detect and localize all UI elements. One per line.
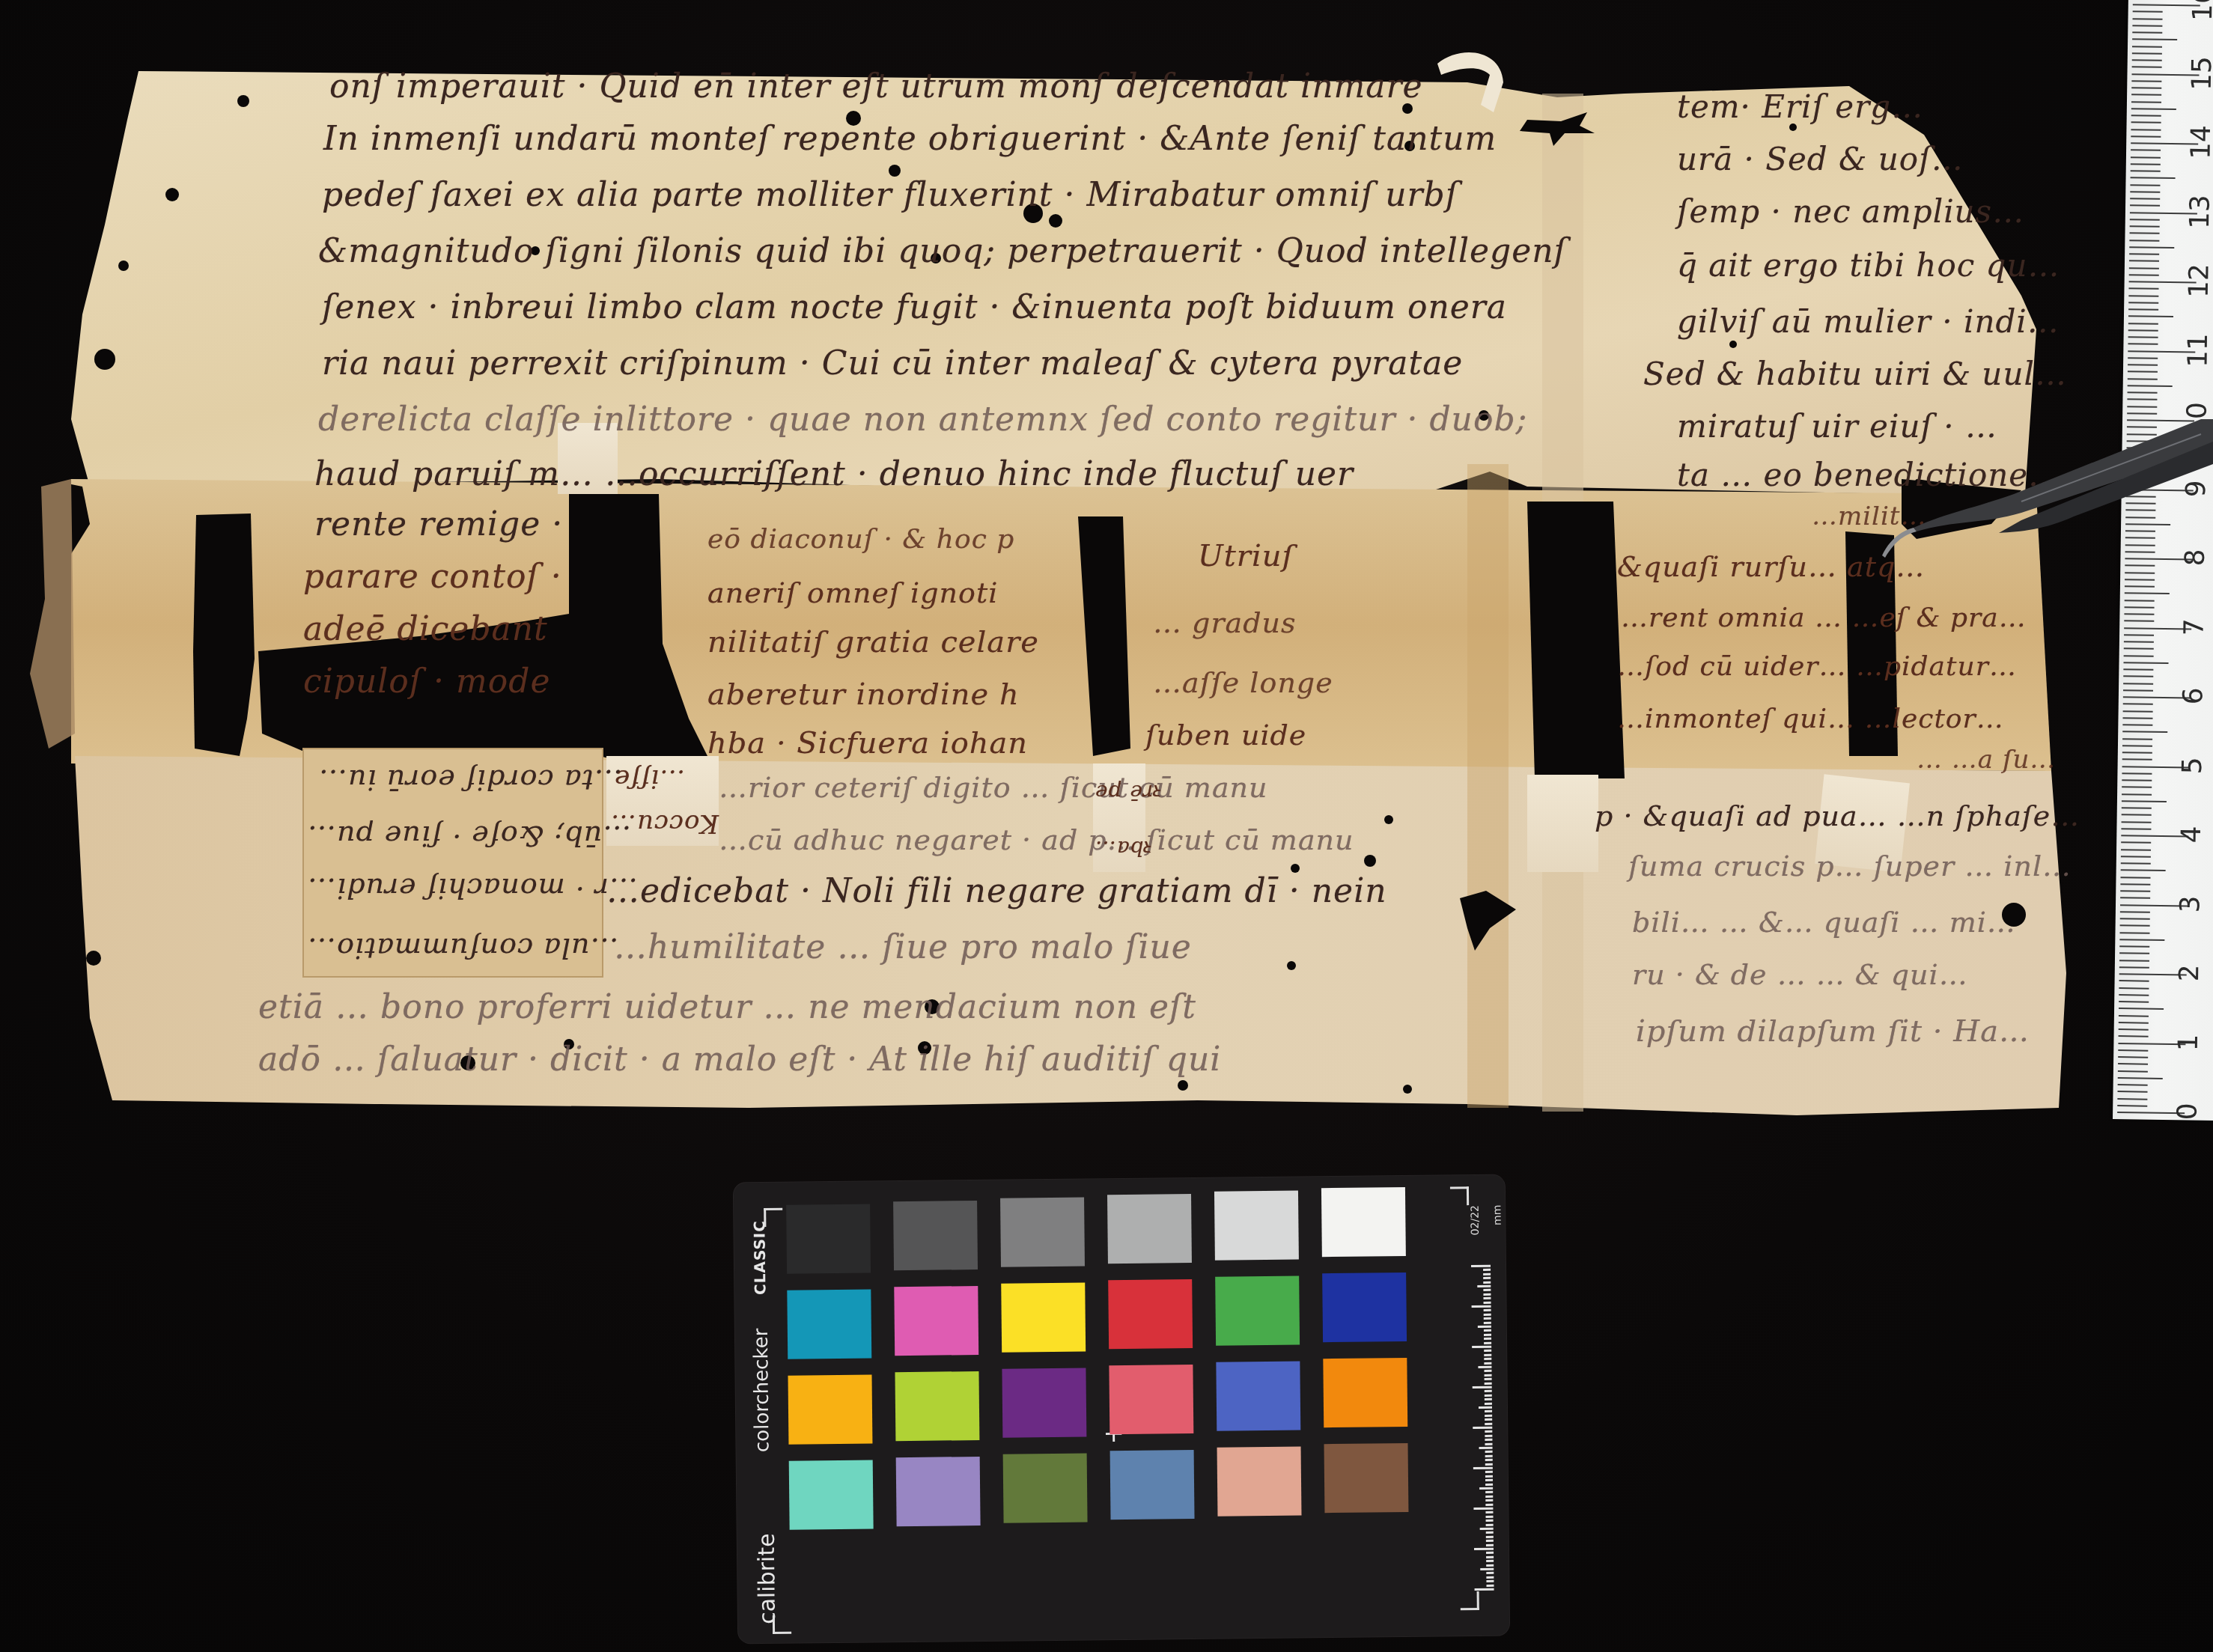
- mm-tick: [1485, 1402, 1492, 1404]
- ruler-tick: [2129, 260, 2159, 262]
- ms-line: …humilitate … ſiue pro malo ſiue: [614, 928, 1192, 966]
- ruler-tick: [2124, 620, 2154, 622]
- ruler-tick: [2130, 219, 2160, 221]
- color-patch: [1321, 1187, 1406, 1257]
- inverted-line: …r · monachiſ erudi…: [307, 872, 638, 905]
- ruler-tick: [2122, 800, 2167, 802]
- mm-tick: [1484, 1370, 1491, 1372]
- ruler-tick: [2125, 606, 2155, 609]
- ruler-tick: [2128, 302, 2158, 304]
- ruler-tick: [2125, 572, 2155, 574]
- mm-tick: [1479, 1406, 1492, 1409]
- ruler-tick: [2125, 585, 2155, 588]
- ruler-tick: [2130, 191, 2160, 193]
- slip-text: ꝛba…: [1095, 835, 1154, 863]
- product-name: colorchecker: [750, 1329, 774, 1453]
- ms-line: …cū adhuc negaret · ad p… ſicut cū manu: [719, 823, 1354, 856]
- color-patch: [1324, 1443, 1409, 1513]
- mm-tick: [1485, 1503, 1493, 1505]
- ruler-tick: [2122, 821, 2152, 823]
- ruler-tick: [2128, 315, 2173, 317]
- ruler-tick: [2120, 883, 2150, 886]
- ruler-tick: [2124, 655, 2154, 657]
- mm-tick: [1484, 1358, 1491, 1360]
- color-patch: [789, 1460, 874, 1529]
- color-patch: [1322, 1272, 1407, 1342]
- ruler-tick: [2119, 952, 2149, 954]
- tweezers-icon: [1872, 419, 2213, 569]
- ruler-tick: [2122, 786, 2152, 788]
- ruler-tick: [2121, 862, 2151, 865]
- inverted-line: …ūb; &oſe · ſiue pu…: [307, 820, 631, 853]
- mm-tick: [1486, 1556, 1494, 1558]
- color-patch: [1323, 1358, 1407, 1427]
- ms-line: Sed & habitu uiri & uul…: [1643, 356, 2067, 392]
- mm-tick: [1483, 1269, 1491, 1271]
- mm-tick: [1479, 1487, 1493, 1490]
- mm-tick: [1484, 1350, 1491, 1352]
- ruler-tick: [2124, 662, 2169, 664]
- ms-line: q̄ ait ergo tibi hoc qu…: [1677, 247, 2060, 284]
- color-patch: [895, 1371, 979, 1441]
- ruler-tick: [2128, 385, 2173, 387]
- mm-tick: [1475, 1588, 1494, 1591]
- mm-tick: [1485, 1435, 1492, 1437]
- mm-tick: [1486, 1572, 1494, 1574]
- ruler-tick: [2120, 897, 2150, 899]
- ruler-tick: [2119, 987, 2149, 990]
- color-patch: [1215, 1276, 1300, 1346]
- mm-tick: [1471, 1265, 1491, 1267]
- mm-tick: [1485, 1398, 1492, 1400]
- mm-tick: [1485, 1442, 1492, 1445]
- mm-tick: [1483, 1281, 1491, 1283]
- ruler-tick: [2121, 849, 2151, 851]
- ms-fragment: aberetur inordine h: [707, 677, 1020, 712]
- ruler-tick: [2118, 1091, 2148, 1093]
- ruler-tick: [2118, 1084, 2148, 1086]
- ms-line: ipſum dilapſum ſit · Ha…: [1636, 1014, 2030, 1049]
- mm-tick: [1486, 1536, 1494, 1538]
- ruler-tick: [2119, 994, 2149, 996]
- mm-tick: [1480, 1528, 1494, 1530]
- mm-tick: [1485, 1374, 1492, 1377]
- ruler-tick: [2129, 240, 2159, 242]
- ms-fragment: … gradus: [1153, 606, 1297, 639]
- ruler-label: 4: [2176, 812, 2207, 858]
- ms-line: tem· Eriſ erg…: [1677, 88, 1923, 125]
- ruler-tick: [2121, 877, 2151, 879]
- mm-tick: [1486, 1543, 1494, 1546]
- slip-text: ꝛrē pe: [1095, 778, 1164, 807]
- ruler-tick: [2119, 1015, 2149, 1017]
- color-patch: [1107, 1194, 1192, 1264]
- slip-text: …iſſe: [614, 763, 685, 793]
- color-patch: [1214, 1191, 1299, 1261]
- ruler-label: 3: [2175, 881, 2206, 927]
- ms-line: derelicta claſſe inlittore · quae non an…: [318, 400, 1527, 439]
- ms-line: ria naui perrexit criſpinum · Cui cū int…: [322, 344, 1463, 382]
- mm-tick: [1485, 1430, 1492, 1433]
- ruler-tick: [2131, 170, 2161, 172]
- ruler-label: 7: [2179, 604, 2210, 650]
- ms-fragment: aneriſ omneſ ignoti: [707, 576, 998, 609]
- ruler-tick: [2119, 1035, 2149, 1037]
- ms-line: ſemp · nec amplius…: [1677, 193, 2024, 230]
- ms-fragment: cipuloſ · mode: [303, 662, 550, 701]
- ruler-tick: [2128, 295, 2158, 297]
- slip-text: Koccu…: [610, 808, 719, 838]
- color-patch: [786, 1204, 871, 1274]
- ruler-tick: [2133, 11, 2163, 13]
- ruler-tick: [2121, 856, 2151, 858]
- ruler-tick: [2131, 149, 2161, 151]
- ruler-label: 14: [2185, 120, 2213, 165]
- ruler-tick: [2125, 579, 2155, 581]
- color-patch: [1109, 1365, 1193, 1434]
- color-patch: [1110, 1450, 1195, 1520]
- ruler-tick: [2121, 841, 2151, 844]
- mm-tick: [1484, 1354, 1491, 1356]
- ruler-tick: [2123, 710, 2153, 713]
- ms-line: &magnitudo ſigni ſilonis quid ibi quoq; …: [318, 232, 1567, 270]
- ruler-label: 11: [2182, 327, 2213, 373]
- mm-tick: [1485, 1475, 1493, 1478]
- ms-fragment: adeē dicebant: [303, 610, 548, 648]
- ms-line: urā · Sed & uoſ…: [1677, 141, 1964, 177]
- ruler-tick: [2128, 391, 2158, 394]
- ms-fragment: hba · Sicfuera iohan: [707, 726, 1028, 761]
- ruler-label: 15: [2187, 50, 2213, 96]
- color-patch: [787, 1289, 871, 1359]
- ruler-tick: [2128, 287, 2158, 290]
- ruler-tick: [2132, 25, 2162, 27]
- mm-tick: [1485, 1415, 1492, 1417]
- inverted-line: …ta cordiſ eorū iu…: [318, 763, 623, 796]
- mm-tick: [1485, 1418, 1492, 1421]
- slip-3: [1527, 775, 1598, 872]
- mm-tick: [1477, 1285, 1491, 1287]
- ms-line: ru · & de … … & qui…: [1632, 958, 1968, 991]
- mm-tick: [1485, 1496, 1493, 1498]
- mm-tick: [1480, 1568, 1494, 1570]
- ruler-tick: [2119, 960, 2149, 962]
- ruler-label: 16: [2188, 0, 2213, 26]
- mm-tick: [1484, 1362, 1491, 1364]
- ruler-tick: [2119, 939, 2164, 941]
- ruler-tick: [2130, 204, 2160, 207]
- ruler-tick: [2132, 31, 2162, 34]
- ms-fragment: ſuben uide: [1145, 719, 1306, 752]
- mm-tick: [1485, 1395, 1492, 1397]
- mm-tick: [1486, 1516, 1494, 1518]
- ruler-label: 2: [2174, 951, 2206, 996]
- mm-tick: [1486, 1520, 1494, 1522]
- ruler-tick: [2131, 163, 2161, 165]
- ruler-tick: [2124, 613, 2154, 615]
- mm-tick: [1483, 1277, 1491, 1279]
- mm-tick: [1486, 1552, 1494, 1554]
- ruler-tick: [2129, 246, 2174, 249]
- ruler-tick: [2117, 1105, 2147, 1107]
- ruler-tick: [2127, 406, 2157, 408]
- ruler-tick: [2123, 675, 2153, 677]
- color-patch: [1217, 1446, 1302, 1516]
- ms-fragment: eō diaconuſ · & hoc p: [707, 524, 1014, 555]
- color-patch: [1108, 1279, 1193, 1349]
- checker-code: 02/22: [1469, 1205, 1481, 1236]
- mm-tick: [1485, 1378, 1492, 1380]
- color-patch: [893, 1201, 978, 1270]
- mm-tick: [1485, 1455, 1493, 1457]
- ms-line: rente remige ·: [314, 505, 563, 543]
- ruler-tick: [2123, 668, 2153, 671]
- ms-line: …ſod cū uider… …pidatur…: [1617, 651, 2017, 682]
- ms-line: …inmonteſ qui… …lector…: [1617, 704, 2004, 734]
- ruler-tick: [2128, 371, 2158, 373]
- ruler-tick: [2129, 267, 2159, 269]
- mm-tick: [1483, 1293, 1491, 1296]
- ms-line: onſ imperauit · Quid en̄ inter eſt utrum…: [329, 67, 1423, 106]
- ruler-tick: [2122, 745, 2152, 747]
- ruler-tick: [2121, 828, 2151, 830]
- mm-tick: [1479, 1447, 1493, 1449]
- mm-tick: [1484, 1317, 1491, 1320]
- ruler-tick: [2124, 641, 2154, 643]
- color-patch: [896, 1457, 981, 1526]
- mm-tick: [1486, 1560, 1494, 1562]
- ruler-tick: [2125, 592, 2170, 594]
- ruler-tick: [2119, 945, 2149, 948]
- ruler-tick: [2131, 177, 2176, 179]
- ruler-tick: [2118, 1049, 2148, 1052]
- ruler-tick: [2121, 869, 2166, 871]
- ruler-tick: [2119, 966, 2149, 969]
- mm-tick: [1484, 1309, 1491, 1311]
- mm-tick: [1473, 1427, 1492, 1429]
- mm-tick: [1484, 1341, 1491, 1344]
- ruler-tick: [2120, 924, 2150, 927]
- ruler-tick: [2130, 225, 2160, 228]
- mm-tick: [1478, 1366, 1491, 1368]
- ruler-tick: [2119, 1001, 2149, 1003]
- ms-line: haud paruiſ m… …occurriſſent · denuo hin…: [314, 455, 1354, 493]
- mm-tick: [1485, 1483, 1493, 1485]
- mm-tick: [1485, 1479, 1493, 1481]
- ms-fragment: parare contoſ ·: [303, 558, 562, 596]
- ruler-tick: [2119, 1008, 2164, 1010]
- ruler-tick: [2118, 1063, 2148, 1065]
- ruler-tick: [2128, 343, 2158, 345]
- mm-tick: [1484, 1329, 1491, 1332]
- ruler-tick: [2128, 357, 2158, 359]
- ruler-tick: [2122, 772, 2152, 775]
- ruler-tick: [2122, 779, 2152, 781]
- mm-tick: [1485, 1451, 1493, 1453]
- ruler-tick: [2120, 918, 2150, 920]
- mm-tick: [1484, 1301, 1491, 1303]
- color-patch: [1216, 1362, 1300, 1431]
- mm-tick: [1483, 1297, 1491, 1299]
- mm-tick: [1486, 1576, 1494, 1579]
- mm-tick: [1485, 1499, 1493, 1502]
- ruler-tick: [2132, 59, 2162, 61]
- ruler-tick: [2118, 1070, 2148, 1073]
- ruler-tick: [2131, 108, 2176, 110]
- ruler-tick: [2120, 890, 2150, 892]
- ms-line: p · &quaſi ad pua… …n ſphaſe…: [1595, 799, 2080, 832]
- mm-tick: [1485, 1390, 1492, 1392]
- ruler-tick: [2132, 46, 2162, 48]
- mm-tick: [1486, 1580, 1494, 1582]
- ms-fragment: …aſſe longe: [1153, 666, 1333, 699]
- scale-unit: mm: [1491, 1205, 1503, 1225]
- ms-line: …rior ceteriſ digito … ſicut cū manu: [719, 771, 1268, 804]
- ruler-tick: [2122, 717, 2152, 719]
- ruler-tick: [2132, 52, 2162, 55]
- ruler-tick: [2133, 18, 2163, 20]
- ruler-tick: [2122, 807, 2152, 809]
- mm-tick: [1485, 1511, 1493, 1514]
- ms-line: ſuma crucis p… ſuper … inl…: [1628, 850, 2072, 883]
- color-patch: [1000, 1198, 1085, 1267]
- ruler-tick: [2129, 274, 2159, 276]
- ruler-tick: [2131, 135, 2161, 138]
- ruler-tick: [2128, 336, 2158, 338]
- ruler-tick: [2130, 232, 2160, 234]
- ruler-tick: [2127, 398, 2157, 400]
- color-patch: [788, 1374, 873, 1444]
- mm-tick: [1485, 1491, 1493, 1493]
- ruler-label: 5: [2177, 743, 2209, 788]
- ruler-label: 0: [2172, 1089, 2203, 1135]
- ms-line: ſenex · inbreui limbo clam nocte fugit ·…: [322, 288, 1507, 326]
- corner-mark-tr-icon: [1450, 1186, 1469, 1205]
- ruler-tick: [2128, 308, 2158, 311]
- ruler-tick: [2128, 364, 2158, 366]
- mm-tick: [1484, 1321, 1491, 1323]
- ruler-tick: [2129, 253, 2159, 255]
- mm-tick: [1486, 1540, 1494, 1542]
- color-checker-card: colorchecker CLASSIC calibrite 02/22 mm …: [734, 1175, 1509, 1644]
- product-suffix: CLASSIC: [750, 1220, 769, 1295]
- ruler-tick: [2131, 80, 2161, 82]
- ruler-tick: [2128, 323, 2158, 325]
- mm-tick: [1473, 1386, 1492, 1389]
- ruler-tick: [2117, 1098, 2147, 1100]
- mm-tick: [1483, 1273, 1491, 1275]
- ruler-tick: [2118, 1056, 2148, 1058]
- ruler-tick: [2119, 1022, 2149, 1024]
- ruler-tick: [2131, 87, 2161, 89]
- ms-line: adō … ſaluatur · dicit · a malo eſt · At…: [258, 1040, 1221, 1079]
- mm-scale: [1468, 1265, 1494, 1594]
- corner-mark-tl-icon: [764, 1208, 782, 1227]
- color-patch: [894, 1286, 978, 1356]
- ms-line: … …a ſu…: [1917, 745, 2056, 775]
- mm-tick: [1478, 1326, 1491, 1328]
- ruler-tick: [2119, 932, 2149, 934]
- checker-branding: colorchecker CLASSIC calibrite: [744, 1228, 778, 1617]
- ms-line: gilviſ aū mulier · indi…: [1677, 303, 2060, 340]
- ruler-tick: [2123, 689, 2153, 692]
- ms-fragment: Utriuſ: [1198, 539, 1294, 573]
- inverted-line: …ula conſummatio…: [307, 932, 619, 965]
- ruler-tick: [2130, 184, 2160, 186]
- color-patch: [1002, 1368, 1086, 1437]
- ruler-tick: [2119, 980, 2149, 982]
- ruler-tick: [2123, 683, 2153, 685]
- photo-stage: onſ imperauit · Quid en̄ inter eſt utrum…: [0, 0, 2213, 1652]
- color-patch: [1001, 1283, 1086, 1353]
- ruler-label: 6: [2178, 674, 2209, 719]
- ruler-tick: [2122, 814, 2152, 816]
- mm-tick: [1485, 1471, 1493, 1473]
- mm-tick: [1484, 1338, 1491, 1340]
- ruler-tick: [2127, 412, 2157, 415]
- ruler-tick: [2124, 634, 2154, 636]
- mm-tick: [1486, 1523, 1494, 1525]
- ruler-tick: [2125, 600, 2155, 602]
- mm-tick: [1486, 1564, 1494, 1566]
- ruler-tick: [2131, 115, 2161, 117]
- ruler-tick: [2128, 329, 2158, 332]
- corner-mark-bl-icon: [773, 1615, 791, 1634]
- ruler-tick: [2119, 1028, 2149, 1031]
- ruler-tick: [2122, 724, 2152, 726]
- manuscript-fragment: onſ imperauit · Quid en̄ inter eſt utrum…: [0, 0, 2213, 1168]
- ruler-tick: [2122, 738, 2152, 740]
- ruler-tick: [2131, 121, 2161, 124]
- ruler-tick: [2131, 156, 2161, 159]
- ruler-tick: [2118, 1077, 2163, 1079]
- ms-line: etiā … bono proferri uidetur … ne mendac…: [258, 988, 1196, 1026]
- mm-tick: [1472, 1305, 1491, 1308]
- ruler-tick: [2123, 703, 2153, 705]
- mm-tick: [1484, 1334, 1491, 1336]
- ms-line: …rent omnia … …eſ & pra…: [1621, 603, 2027, 633]
- ruler-tick: [2132, 66, 2162, 68]
- ruler-label: 12: [2184, 258, 2213, 304]
- ruler-label: 13: [2185, 189, 2213, 234]
- mm-tick: [1474, 1548, 1494, 1550]
- mm-tick: [1486, 1584, 1494, 1586]
- mm-tick: [1485, 1463, 1493, 1465]
- ruler-tick: [2122, 758, 2152, 761]
- mm-tick: [1485, 1410, 1492, 1412]
- ruler-tick: [2122, 731, 2167, 733]
- mm-tick: [1486, 1531, 1494, 1534]
- mm-tick: [1472, 1346, 1491, 1348]
- mm-tick: [1485, 1439, 1492, 1441]
- mm-tick: [1473, 1467, 1493, 1469]
- mm-tick: [1485, 1422, 1492, 1424]
- ms-line: …edicebat · Noli fili negare gratiam dī …: [606, 872, 1387, 910]
- ms-line: bili… … &… quaſi … mi…: [1632, 906, 2016, 939]
- color-patch: [1003, 1453, 1088, 1523]
- mm-tick: [1473, 1508, 1493, 1510]
- ruler-tick: [2130, 198, 2160, 200]
- ruler-tick: [2132, 38, 2177, 40]
- ruler-tick: [2120, 911, 2150, 913]
- mm-tick: [1484, 1314, 1491, 1316]
- brand-logo-text: calibrite: [754, 1533, 781, 1624]
- ruler-tick: [2122, 752, 2152, 754]
- ruler-tick: [2122, 793, 2152, 796]
- ruler-tick: [2124, 647, 2154, 650]
- mm-tick: [1483, 1289, 1491, 1291]
- ruler-tick: [2128, 378, 2158, 380]
